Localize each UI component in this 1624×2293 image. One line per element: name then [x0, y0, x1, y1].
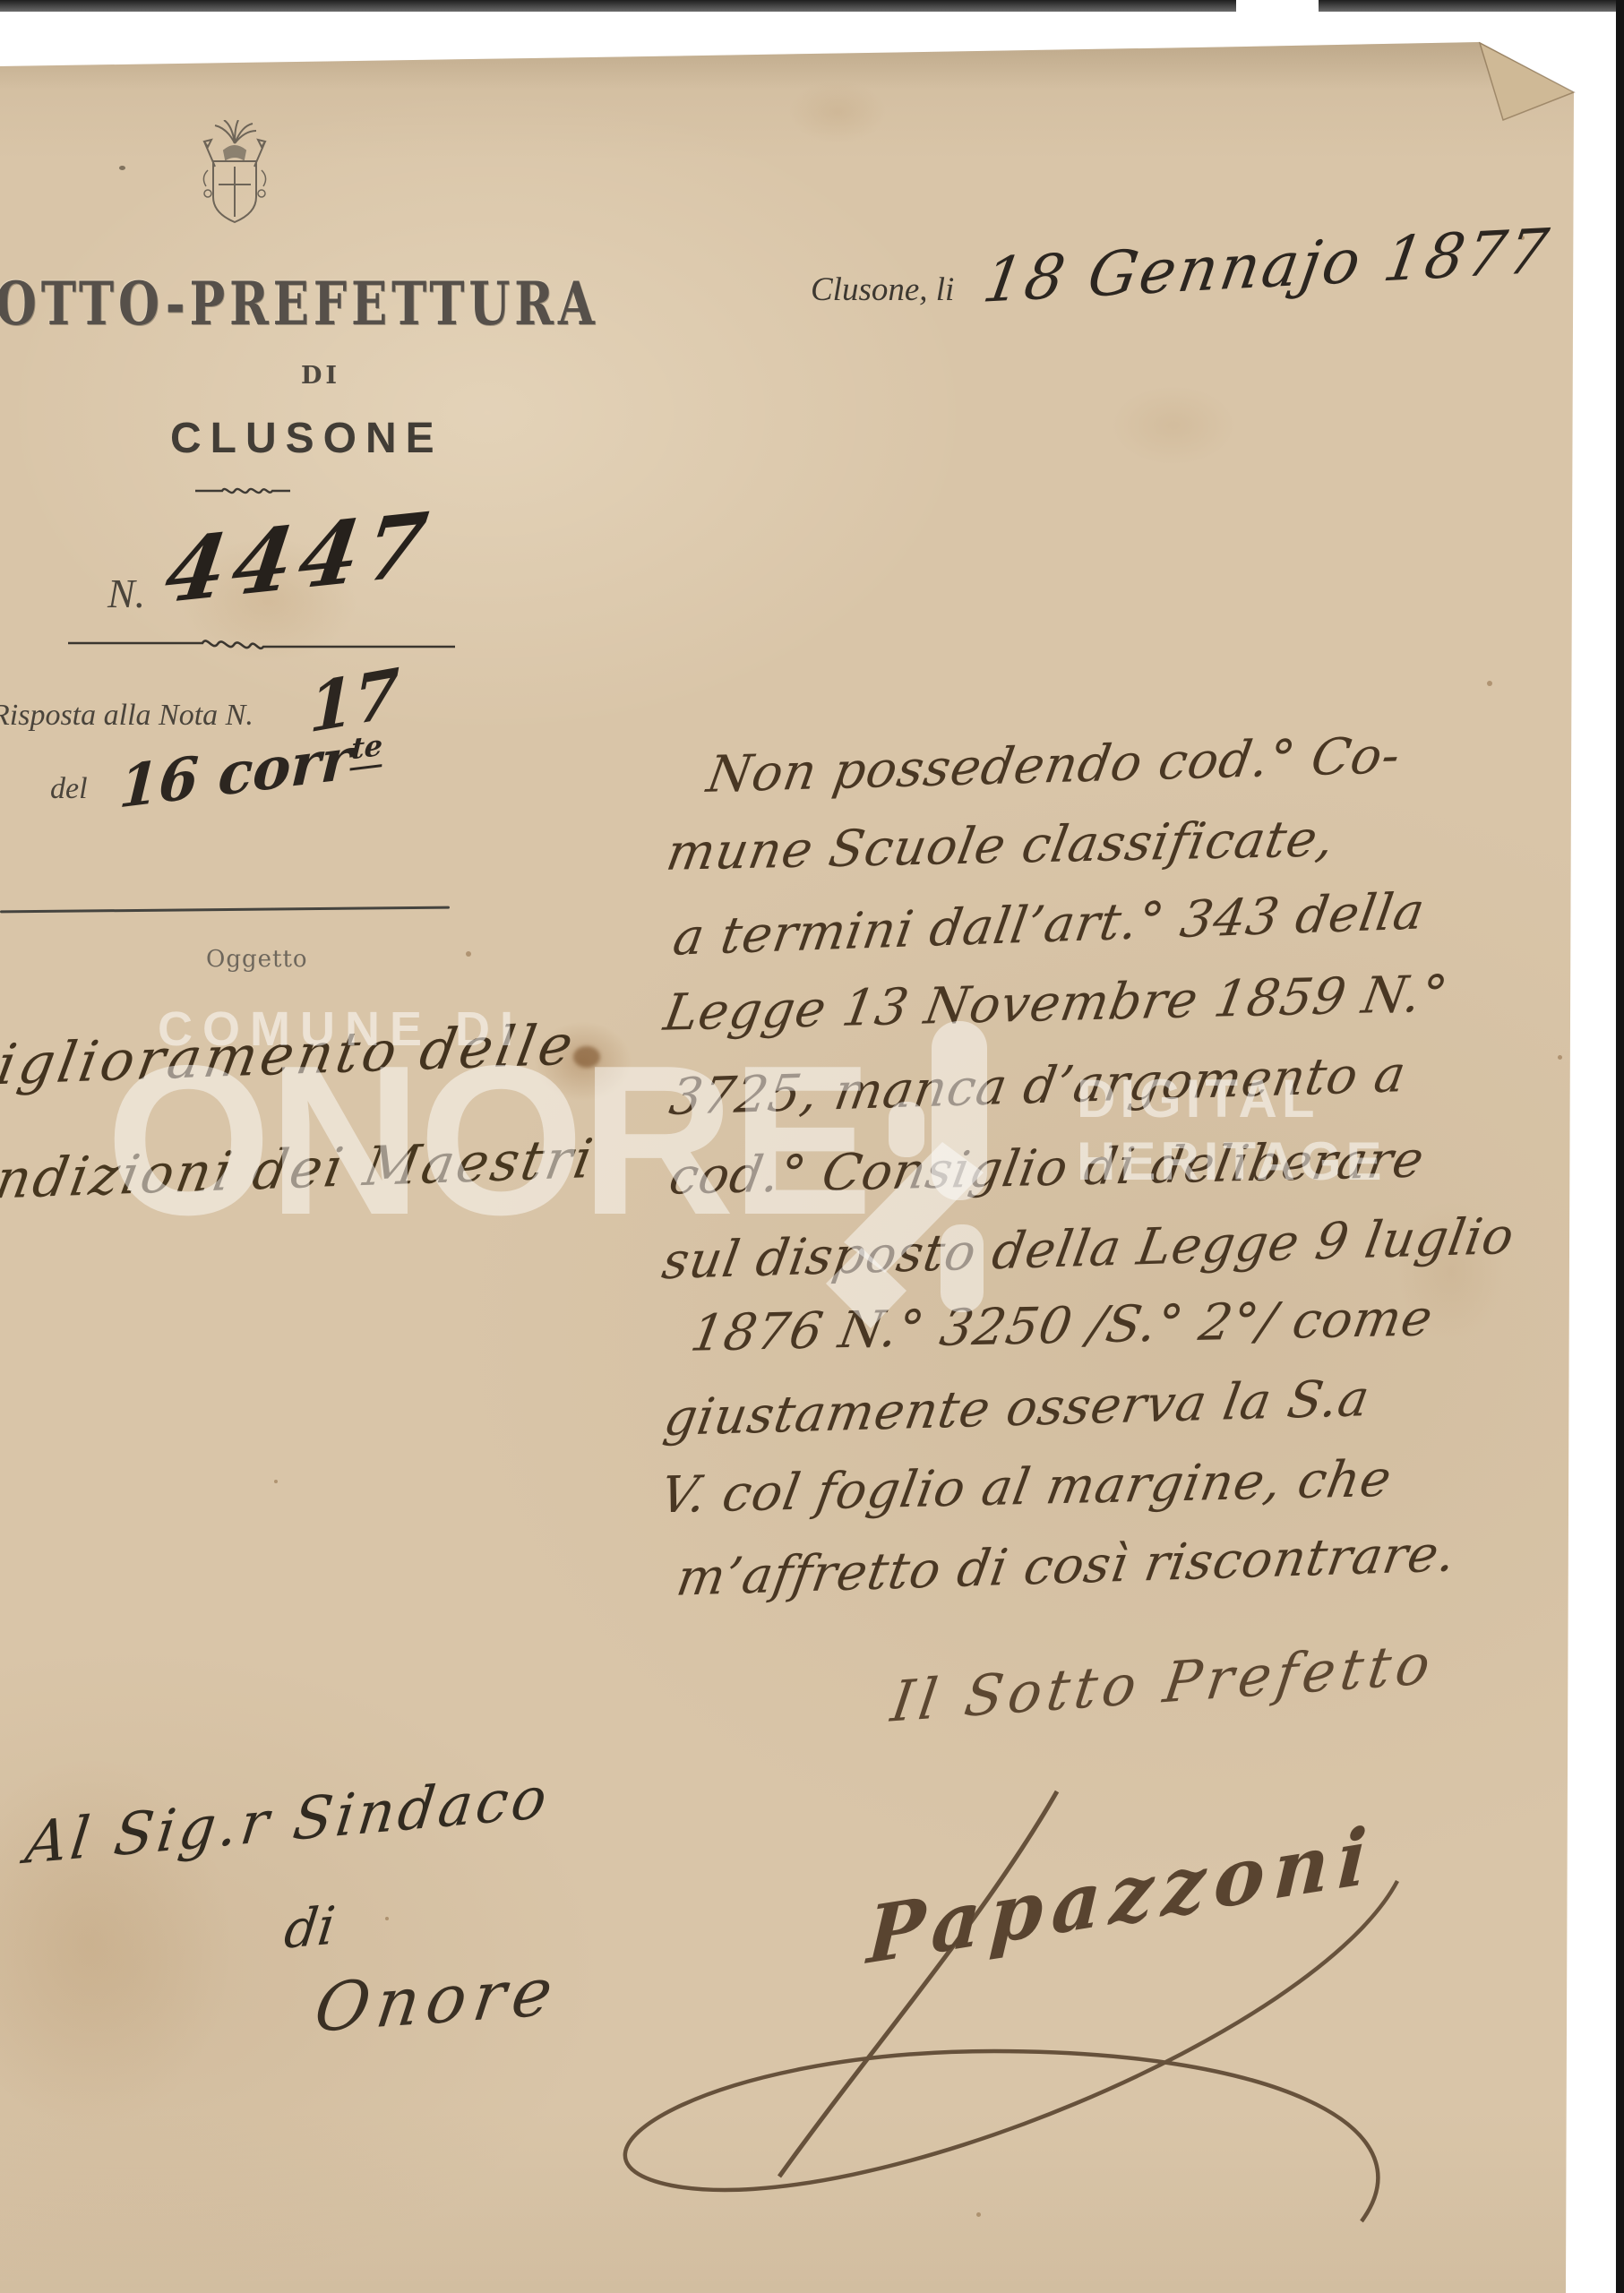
body-line: a termini dall’art.° 343 della	[669, 882, 1429, 967]
dateline-handwritten: 18 Gennajo 1877	[978, 216, 1555, 317]
watermark-logo-icon	[806, 1017, 1084, 1330]
ornament-divider-icon	[66, 632, 457, 650]
paper-fleck	[385, 1917, 389, 1920]
del-date-main: 16 corr	[117, 726, 352, 822]
paper-fleck	[466, 951, 471, 957]
watermark-digital: DIGITAL	[1077, 1068, 1319, 1129]
scanner-top-strip-right	[1319, 0, 1624, 12]
dateline-printed: Clusone, li	[811, 271, 954, 309]
margin-rule	[0, 906, 450, 914]
body-line: V. col foglio al margine, che	[657, 1450, 1396, 1525]
letterhead-title: SOTTO-PREFETTURA	[0, 269, 599, 339]
protocol-number-handwritten: 4447	[159, 492, 441, 623]
number-label: N.	[107, 570, 145, 617]
del-date-superscript: te	[350, 727, 383, 770]
letterhead-di: DI	[301, 362, 340, 390]
body-line: giustamente osserva la S.a	[660, 1370, 1374, 1447]
del-label: del	[50, 772, 88, 806]
paper-fleck	[119, 166, 125, 170]
body-line: Non possedendo cod.° Co-	[703, 726, 1405, 804]
body-line: m’affretto di così riscontrare.	[673, 1524, 1460, 1608]
recipient-line-2: di	[281, 1894, 339, 1961]
signature-flourish	[484, 1756, 1523, 2275]
paper-fleck	[1558, 1055, 1562, 1060]
del-date-handwritten: 16 corrte	[117, 721, 383, 821]
letterhead-city: CLUSONE	[170, 414, 443, 463]
folded-corner	[1460, 34, 1585, 133]
watermark-onore: ONORE	[106, 1035, 870, 1248]
paper-stain	[1111, 385, 1236, 466]
closing-role: Il Sotto Prefetto	[888, 1630, 1439, 1734]
paper-stain	[788, 81, 887, 143]
paper-fleck	[1487, 681, 1492, 686]
risposta-label: Risposta alla Nota N.	[0, 699, 253, 733]
paper-fleck	[274, 1480, 278, 1483]
watermark-heritage: HERITAGE	[1077, 1130, 1387, 1192]
body-line: mune Scuole classificate,	[662, 810, 1339, 882]
paper-top-shading	[0, 41, 1624, 90]
scanned-letter-page: { "colors": { "paper": "#d9c5a8", "scann…	[0, 0, 1624, 2293]
scanner-top-strip-left	[0, 0, 1236, 12]
scanner-side-strip	[1616, 0, 1624, 2293]
oggetto-label: Oggetto	[206, 946, 308, 973]
letter-paper: SOTTO-PREFETTURA DI CLUSONE N. 4447 Risp…	[0, 0, 1624, 2293]
ornament-divider-icon	[193, 482, 292, 498]
coat-of-arms-icon	[188, 120, 281, 242]
